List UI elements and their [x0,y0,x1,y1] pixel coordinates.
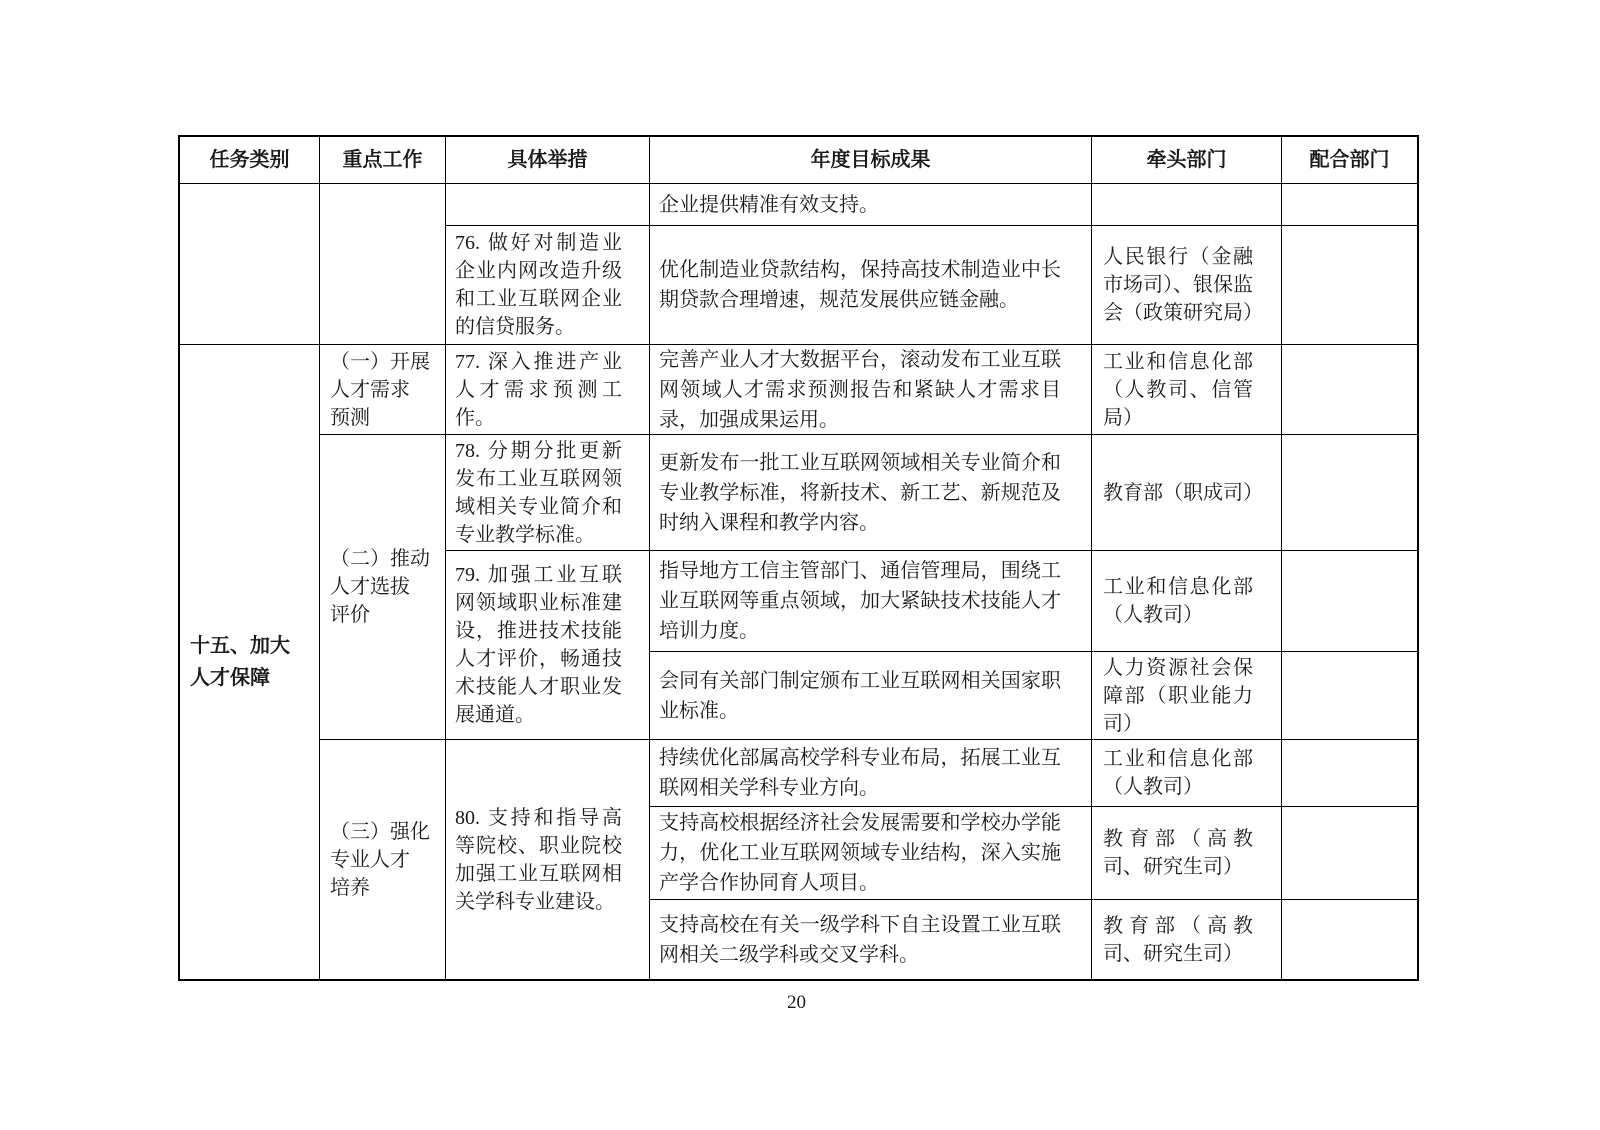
goal-cell: 支持高校根据经济社会发展需要和学校办学能力，优化工业互联网领域专业结构，深入实施… [650,807,1092,900]
goal-cell: 会同有关部门制定颁布工业互联网相关国家职业标准。 [650,652,1092,740]
goal-cell: 优化制造业贷款结构，保持高技术制造业中长期贷款合理增速，规范发展供应链金融。 [650,226,1092,345]
header-annual-goals: 年度目标成果 [650,137,1092,184]
support-department-cell [1282,807,1417,900]
header-lead-department: 牵头部门 [1092,137,1282,184]
support-department-cell [1282,740,1417,807]
header-key-work: 重点工作 [320,137,446,184]
measure-cell: 79. 加强工业互联网领域职业标准建设，推进技术技能人才评价，畅通技术技能人才职… [446,551,650,740]
key-work-cell: （一）开展 人才需求 预测 [320,345,446,435]
document-table: 任务类别 重点工作 具体举措 年度目标成果 牵头部门 配合部门 十五、加大 人才… [178,135,1419,981]
lead-department-cell: 教育部（职成司） [1092,435,1282,551]
key-work-cell: （二）推动 人才选拔 评价 [320,435,446,740]
measure-cell: 80. 支持和指导高等院校、职业院校加强工业互联网相关学科专业建设。 [446,740,650,979]
support-department-cell [1282,226,1417,345]
task-category-cell: 十五、加大 人才保障 [180,345,320,979]
measure-cell: 78. 分期分批更新发布工业互联网领域相关专业简介和专业教学标准。 [446,435,650,551]
lead-department-cell: 工业和信息化部（人教司、信管局） [1092,345,1282,435]
empty-cell [180,184,320,345]
empty-cell [320,184,446,345]
support-department-cell [1282,345,1417,435]
header-support-department: 配合部门 [1282,137,1417,184]
lead-department-cell [1092,184,1282,226]
key-work-cell: （三）强化 专业人才 培养 [320,740,446,979]
lead-department-cell: 人力资源社会保障部（职业能力司） [1092,652,1282,740]
goal-cell: 更新发布一批工业互联网领域相关专业简介和专业教学标准，将新技术、新工艺、新规范及… [650,435,1092,551]
header-task-category: 任务类别 [180,137,320,184]
header-measures: 具体举措 [446,137,650,184]
lead-department-cell: 教育部（高教司、研究生司） [1092,900,1282,979]
goal-cell: 持续优化部属高校学科专业布局，拓展工业互联网相关学科专业方向。 [650,740,1092,807]
lead-department-cell: 工业和信息化部（人教司） [1092,740,1282,807]
goal-cell: 企业提供精准有效支持。 [650,184,1092,226]
support-department-cell [1282,900,1417,979]
support-department-cell [1282,184,1417,226]
support-department-cell [1282,435,1417,551]
goal-cell: 支持高校在有关一级学科下自主设置工业互联网相关二级学科或交叉学科。 [650,900,1092,979]
measure-cell: 76. 做好对制造业企业内网改造升级和工业互联网企业的信贷服务。 [446,226,650,345]
empty-cell [446,184,650,226]
goal-cell: 完善产业人才大数据平台，滚动发布工业互联网领域人才需求预测报告和紧缺人才需求目录… [650,345,1092,435]
measure-cell: 77. 深入推进产业人才需求预测工作。 [446,345,650,435]
lead-department-cell: 教育部（高教司、研究生司） [1092,807,1282,900]
page-number: 20 [178,992,1415,1014]
support-department-cell [1282,551,1417,652]
lead-department-cell: 工业和信息化部（人教司） [1092,551,1282,652]
document-page: 任务类别 重点工作 具体举措 年度目标成果 牵头部门 配合部门 十五、加大 人才… [0,0,1600,1130]
lead-department-cell: 人民银行（金融市场司）、银保监会（政策研究局） [1092,226,1282,345]
goal-cell: 指导地方工信主管部门、通信管理局，围绕工业互联网等重点领域，加大紧缺技术技能人才… [650,551,1092,652]
support-department-cell [1282,652,1417,740]
